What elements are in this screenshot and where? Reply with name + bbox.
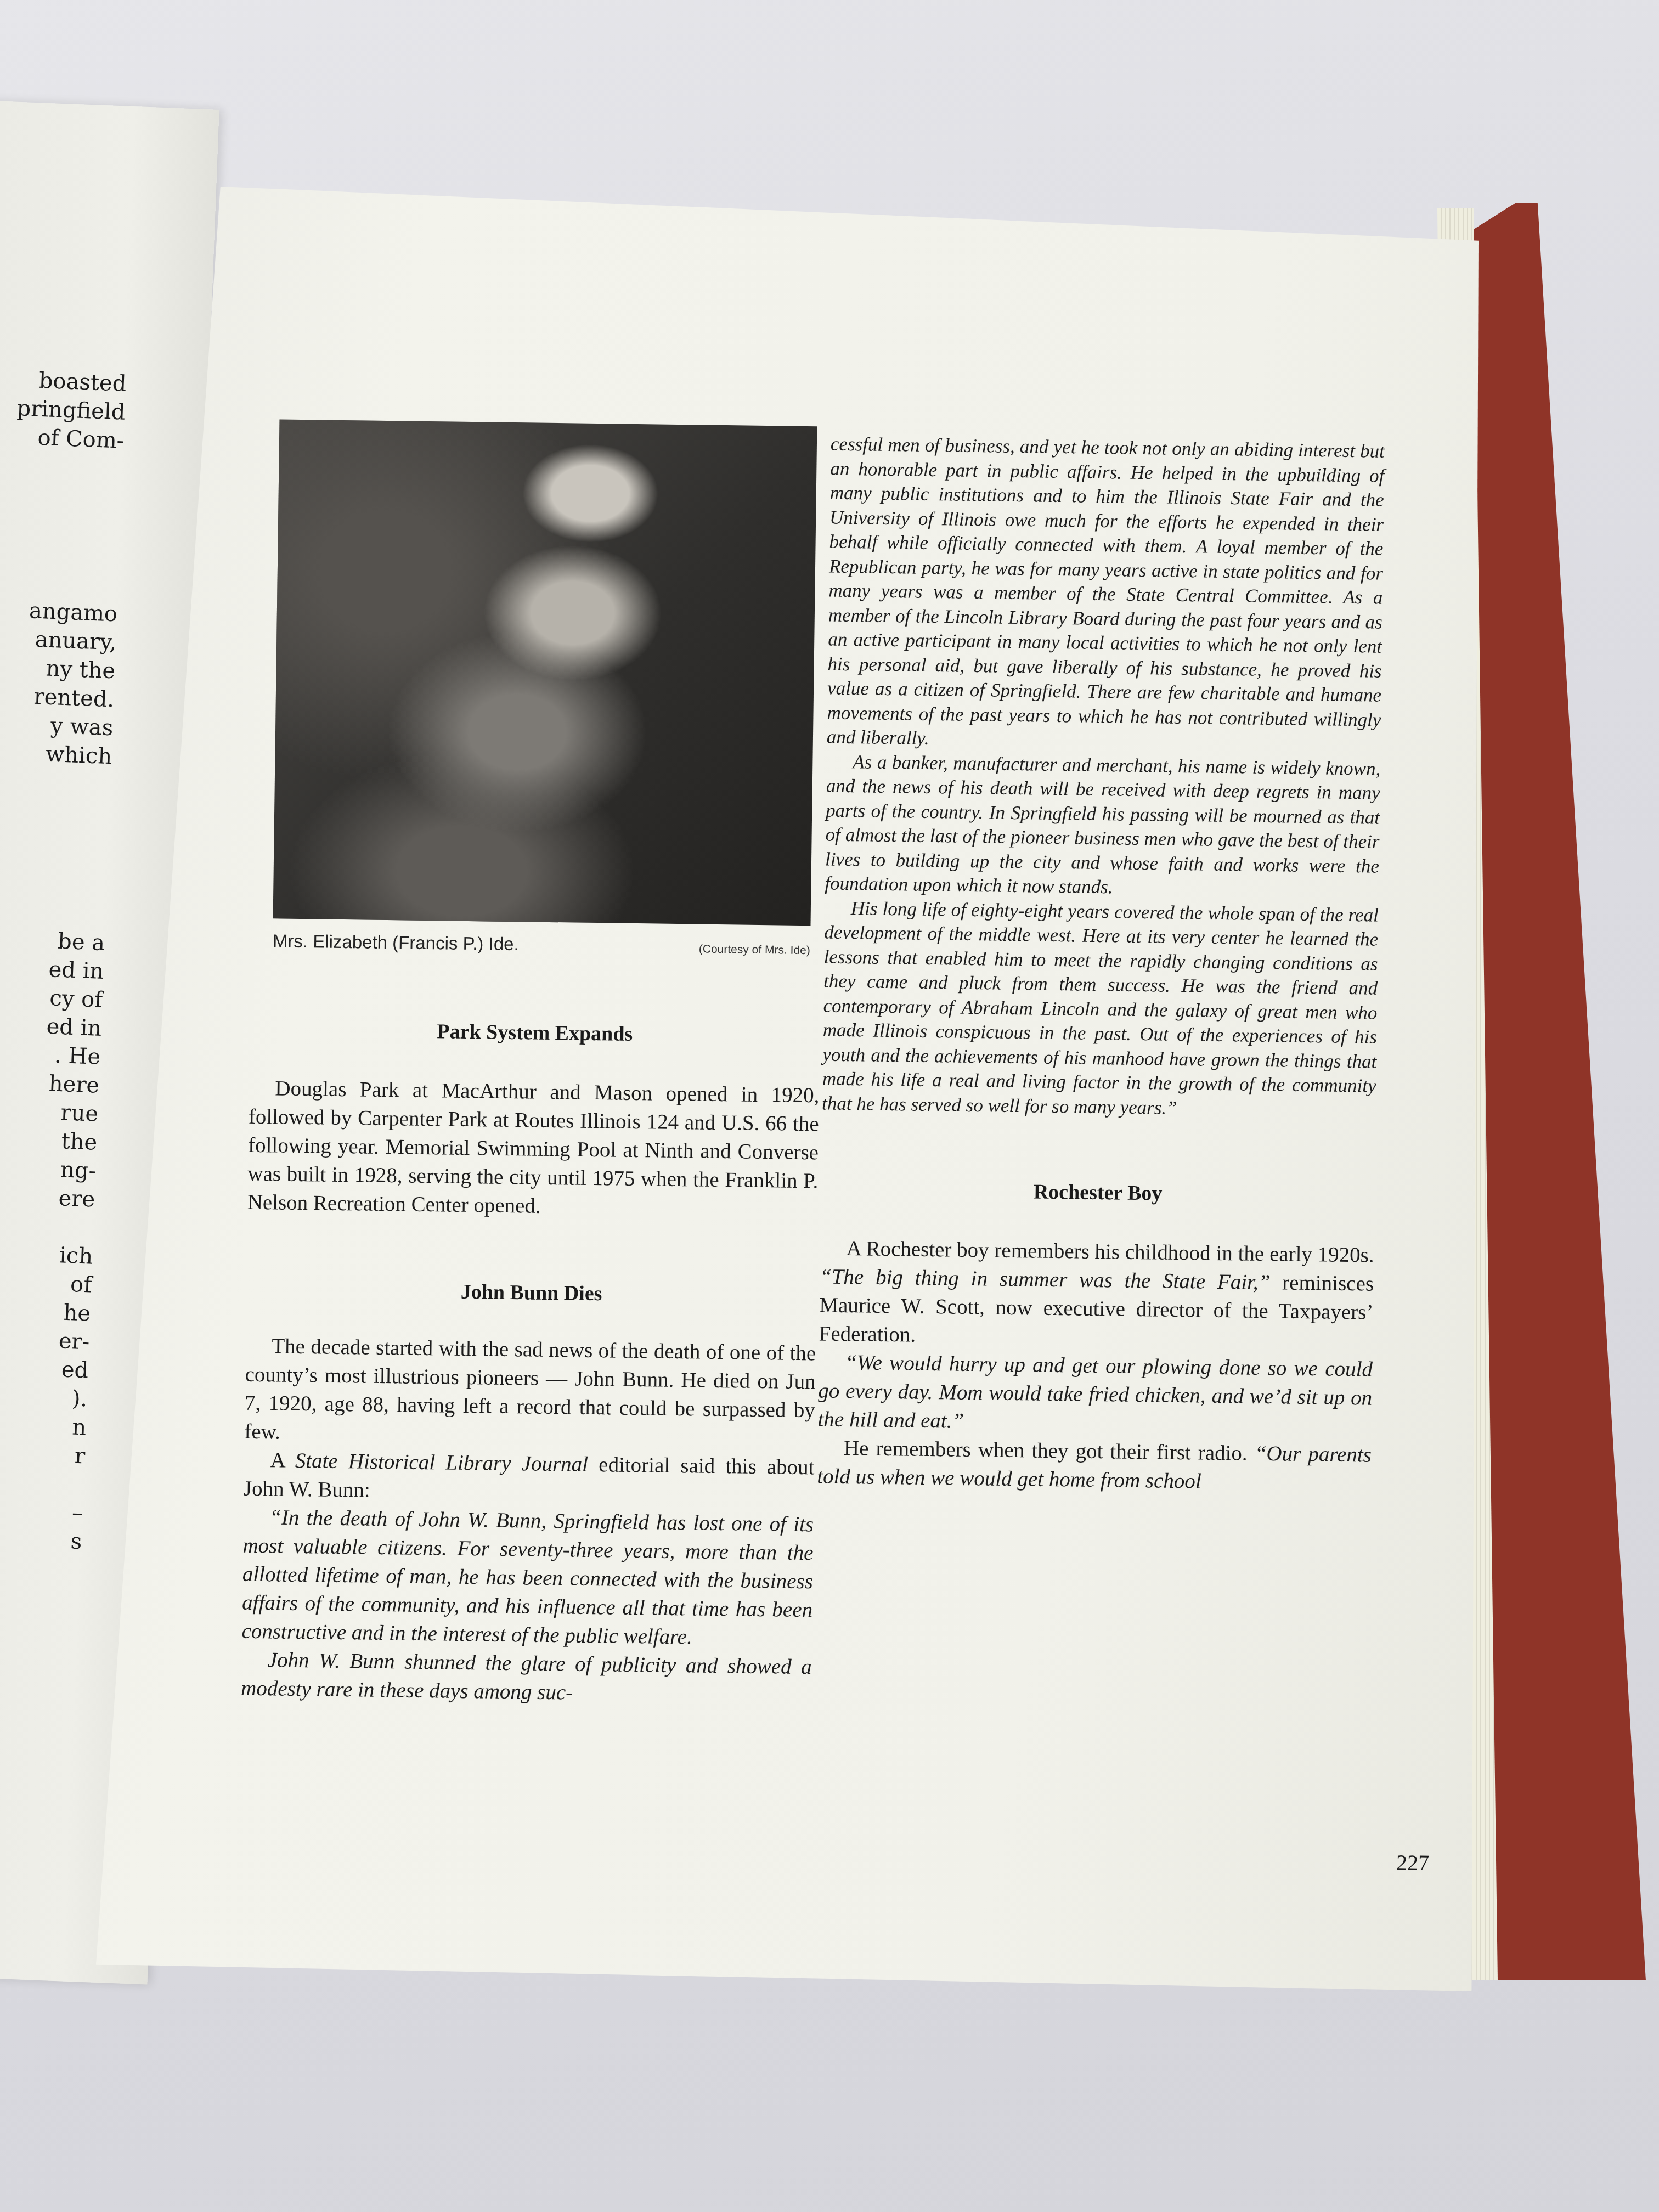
left-text-line: cy of (47, 984, 103, 1014)
bunn-paragraph-2: A State Historical Library Journal edito… (244, 1446, 815, 1511)
left-text-line: . He (45, 1041, 101, 1071)
park-paragraph: Douglas Park at MacArthur and Mason open… (247, 1074, 819, 1224)
left-text-line: anuary, (27, 625, 117, 657)
photo-caption-row: Mrs. Elizabeth (Francis P.) Ide. (Courte… (273, 930, 810, 958)
left-text-line: he (35, 1297, 91, 1328)
left-text-line: ). (32, 1383, 88, 1414)
left-text-line: ny the (26, 653, 116, 685)
journal-title: State Historical Library Journal (295, 1449, 589, 1476)
left-text-line: here (44, 1069, 100, 1100)
bunn-quote-3: As a banker, manufacturer and merchant, … (825, 749, 1380, 903)
bunn-quote-2: John W. Bunn shunned the glare of public… (241, 1646, 812, 1711)
photo-caption: Mrs. Elizabeth (Francis P.) Ide. (273, 930, 519, 955)
left-text-line: the (42, 1126, 98, 1157)
bunn-paragraph-1: The decade started with the sad news of … (244, 1332, 816, 1454)
rochester-paragraph-3: He remembers when they got their first r… (817, 1434, 1372, 1498)
text-span: A (270, 1448, 295, 1472)
heading-park-system: Park System Expands (250, 1017, 820, 1049)
book-page: Mrs. Elizabeth (Francis P.) Ide. (Courte… (96, 187, 1479, 1991)
left-text-line: er- (34, 1326, 90, 1357)
left-text-line: rented. (25, 682, 115, 714)
left-text-line: ere (39, 1183, 95, 1214)
left-text-line: ng- (41, 1155, 97, 1186)
heading-rochester-boy: Rochester Boy (821, 1177, 1375, 1208)
left-text-line: of Com- (15, 422, 125, 455)
page-content: Mrs. Elizabeth (Francis P.) Ide. (Courte… (72, 187, 1479, 2010)
heading-john-bunn: John Bunn Dies (246, 1277, 816, 1309)
left-text-line: ed (33, 1355, 89, 1385)
rochester-paragraph-1: A Rochester boy remembers his childhood … (819, 1234, 1374, 1355)
left-text-line (29, 1469, 84, 1499)
left-page-fragment-top: boasted pringfield of Com- (15, 365, 127, 455)
bunn-quote-1: “In the death of John W. Bunn, Springfie… (241, 1503, 814, 1654)
bunn-quote-continued: cessful men of business, and yet he took… (827, 432, 1385, 757)
left-text-line: – (27, 1497, 83, 1527)
left-text-line: ed in (48, 955, 104, 986)
quote-span: “The big thing in summer was the State F… (820, 1265, 1271, 1294)
text-span: A Rochester boy remembers his childhood … (846, 1237, 1374, 1267)
left-column: Mrs. Elizabeth (Francis P.) Ide. (Courte… (241, 419, 828, 1710)
left-text-line: rue (43, 1098, 99, 1128)
left-text-line: n (31, 1412, 87, 1442)
bunn-quote-4: His long life of eighty-eight years cove… (822, 896, 1379, 1123)
left-text-line: be a (49, 927, 105, 957)
rochester-paragraph-2: “We would hurry up and get our plowing d… (817, 1348, 1373, 1441)
photo-credit: (Courtesy of Mrs. Ide) (699, 943, 810, 958)
left-text-line (38, 1212, 94, 1243)
page-number: 227 (1396, 1849, 1430, 1876)
left-text-line: boasted (18, 365, 127, 398)
left-text-line: ich (37, 1240, 93, 1271)
left-text-line: s (26, 1525, 82, 1556)
left-page-fragment-low: be a ed in cy of ed in . He here rue the… (26, 927, 105, 1556)
left-text-line: which (23, 739, 112, 771)
left-page-fragment-mid: angamo anuary, ny the rented. y was whic… (23, 596, 118, 771)
left-text-line: r (30, 1440, 86, 1471)
text-span: He remembers when they got their first r… (844, 1436, 1255, 1465)
left-text-line: ed in (46, 1012, 102, 1043)
right-column: cessful men of business, and yet he took… (817, 432, 1385, 1498)
left-text-line: angamo (29, 596, 118, 628)
left-text-line: y was (24, 710, 114, 742)
portrait-photo (273, 419, 817, 926)
left-text-line: of (36, 1269, 92, 1300)
left-text-line: pringfield (16, 394, 126, 427)
